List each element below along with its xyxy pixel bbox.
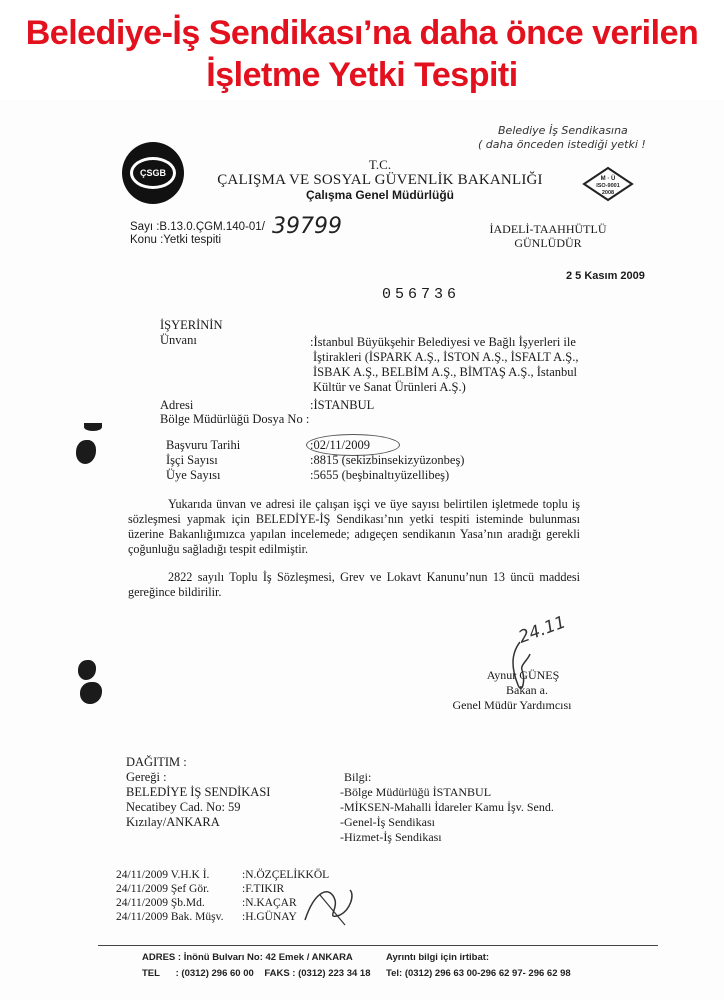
geregi-line: Kızılay/ANKARA: [126, 815, 270, 830]
uye-label: Üye Sayısı: [166, 468, 221, 483]
bilgi-label: Bilgi:: [340, 770, 554, 785]
footer-divider: [98, 945, 658, 946]
bilgi-block: Bilgi: -Bölge Müdürlüğü İSTANBUL -MİKSEN…: [340, 770, 554, 845]
footer-tel: TEL : (0312) 296 60 00 FAKS : (0312) 223…: [142, 968, 370, 979]
ink-mark-icon: [84, 423, 102, 431]
distribution-block: DAĞITIM : Gereği : BELEDİYE İŞ SENDİKASI…: [126, 755, 270, 830]
approval-row: 24/11/2009 Bak. Müşv.:H.GÜNAY: [116, 910, 329, 924]
headline: Belediye-İş Sendikası’na daha önce veril…: [0, 12, 724, 96]
svg-text:M · Ü: M · Ü: [601, 175, 616, 182]
initials-signature-icon: [300, 880, 360, 930]
paragraph-text: 2822 sayılı Toplu İş Sözleşmesi, Grev ve…: [128, 570, 580, 599]
headline-line-2: İşletme Yetki Tespiti: [0, 54, 724, 96]
letterhead: T.C. ÇALIŞMA VE SOSYAL GÜVENLİK BAKANLIĞ…: [200, 158, 560, 202]
handwritten-note: Belediye İş Sendikasına ( daha önceden i…: [478, 124, 646, 152]
body-paragraph-2: 2822 sayılı Toplu İş Sözleşmesi, Grev ve…: [128, 570, 580, 600]
letterhead-tc: T.C.: [200, 158, 560, 172]
isci-label: İşçi Sayısı: [166, 453, 218, 468]
signature-block: Aynur GÜNEŞ Bakan a. Genel Müdür Yardımc…: [442, 668, 582, 713]
unvan-line: :İstanbul Büyükşehir Belediyesi ve Bağlı…: [310, 335, 578, 350]
handwritten-note-line-2: ( daha önceden istediği yetki !: [478, 138, 646, 152]
bilgi-line: -MİKSEN-Mahalli İdareler Kamu İşv. Send.: [340, 800, 554, 815]
bilgi-line: -Hizmet-İş Sendikası: [340, 830, 554, 845]
svg-text:2008: 2008: [602, 190, 614, 196]
approval-row: 24/11/2009 Şef Gör.:F.TIKIR: [116, 882, 329, 896]
unvan-value: :İstanbul Büyükşehir Belediyesi ve Bağlı…: [310, 335, 578, 395]
dosya-label: Bölge Müdürlüğü Dosya No :: [160, 412, 309, 427]
delivery-type: İADELİ-TAAHHÜTLÜ GÜNLÜDÜR: [478, 222, 618, 250]
handwritten-note-line-1: Belediye İş Sendikasına: [478, 124, 646, 138]
body-paragraph-1: Yukarıda ünvan ve adresi ile çalışan işç…: [128, 497, 580, 557]
letterhead-directorate: Çalışma Genel Müdürlüğü: [200, 188, 560, 202]
unvan-line: Kültür ve Sanat Ürünleri A.Ş.): [310, 380, 578, 395]
isci-value: :8815 (sekizbinsekizyüzonbeş): [310, 453, 464, 468]
bilgi-line: -Bölge Müdürlüğü İSTANBUL: [340, 785, 554, 800]
konu-label: Konu: [130, 234, 157, 246]
uye-value: :5655 (beşbinaltıyüzellibeş): [310, 468, 449, 483]
paragraph-text: Yukarıda ünvan ve adresi ile çalışan işç…: [128, 497, 580, 556]
basvuru-label: Başvuru Tarihi: [166, 438, 240, 453]
unvan-label: Ünvanı: [160, 333, 197, 348]
sayi-label: Sayı: [130, 221, 153, 233]
sayi-handwritten: 39799: [272, 214, 342, 239]
konu-value: :Yetki tespiti: [160, 234, 221, 246]
signatory-title: Genel Müdür Yardımcısı: [442, 698, 582, 713]
delivery-line-1: İADELİ-TAAHHÜTLÜ: [478, 222, 618, 236]
reference-block: Sayı :B.13.0.ÇGM.140-01/ Konu :Yetki tes…: [130, 221, 265, 247]
approvals-table: 24/11/2009 V.H.K İ.:N.ÖZÇELİKKÖL 24/11/2…: [116, 868, 329, 924]
signatory-line2: Bakan a.: [442, 683, 582, 698]
geregi-label: Gereği :: [126, 770, 270, 785]
document-date: 2 5 Kasım 2009: [566, 270, 645, 282]
footer-address: ADRES : İnönü Bulvarı No: 42 Emek / ANKA…: [142, 952, 353, 963]
geregi-line: Necatibey Cad. No: 59: [126, 800, 270, 815]
adres-value: :İSTANBUL: [310, 398, 374, 413]
footer-irtibat-tel: Tel: (0312) 296 63 00-296 62 97- 296 62 …: [386, 968, 571, 979]
unvan-line: İştirakleri (İSPARK A.Ş., İSTON A.Ş., İS…: [310, 350, 578, 365]
iso-certification-stamp-icon: M · Ü ISO-9001 2008: [582, 166, 634, 202]
signatory-name: Aynur GÜNEŞ: [442, 668, 582, 683]
ministry-logo-icon: ÇSGB: [122, 142, 184, 204]
distribution-heading: DAĞITIM :: [126, 755, 270, 770]
approval-row: 24/11/2009 V.H.K İ.:N.ÖZÇELİKKÖL: [116, 868, 329, 882]
footer-irtibat-label: Ayrıntı bilgi için irtibat:: [386, 952, 489, 963]
geregi-line: BELEDİYE İŞ SENDİKASI: [126, 785, 270, 800]
adres-label: Adresi: [160, 398, 193, 413]
sayi-value: :B.13.0.ÇGM.140-01/: [156, 221, 265, 233]
workplace-heading: İŞYERİNİN: [160, 318, 223, 333]
approval-row: 24/11/2009 Şb.Md.:N.KAÇAR: [116, 896, 329, 910]
basvuru-value: :02/11/2009: [310, 438, 370, 453]
letterhead-ministry: ÇALIŞMA VE SOSYAL GÜVENLİK BAKANLIĞI: [200, 172, 560, 188]
bilgi-line: -Genel-İş Sendikası: [340, 815, 554, 830]
svg-text:ISO-9001: ISO-9001: [596, 183, 620, 189]
unvan-line: İSBAK A.Ş., BELBİM A.Ş., BİMTAŞ A.Ş., İs…: [310, 365, 578, 380]
serial-number: 056736: [382, 286, 460, 303]
headline-line-1: Belediye-İş Sendikası’na daha önce veril…: [0, 12, 724, 54]
delivery-line-2: GÜNLÜDÜR: [478, 236, 618, 250]
logo-inner-text: ÇSGB: [130, 157, 176, 189]
